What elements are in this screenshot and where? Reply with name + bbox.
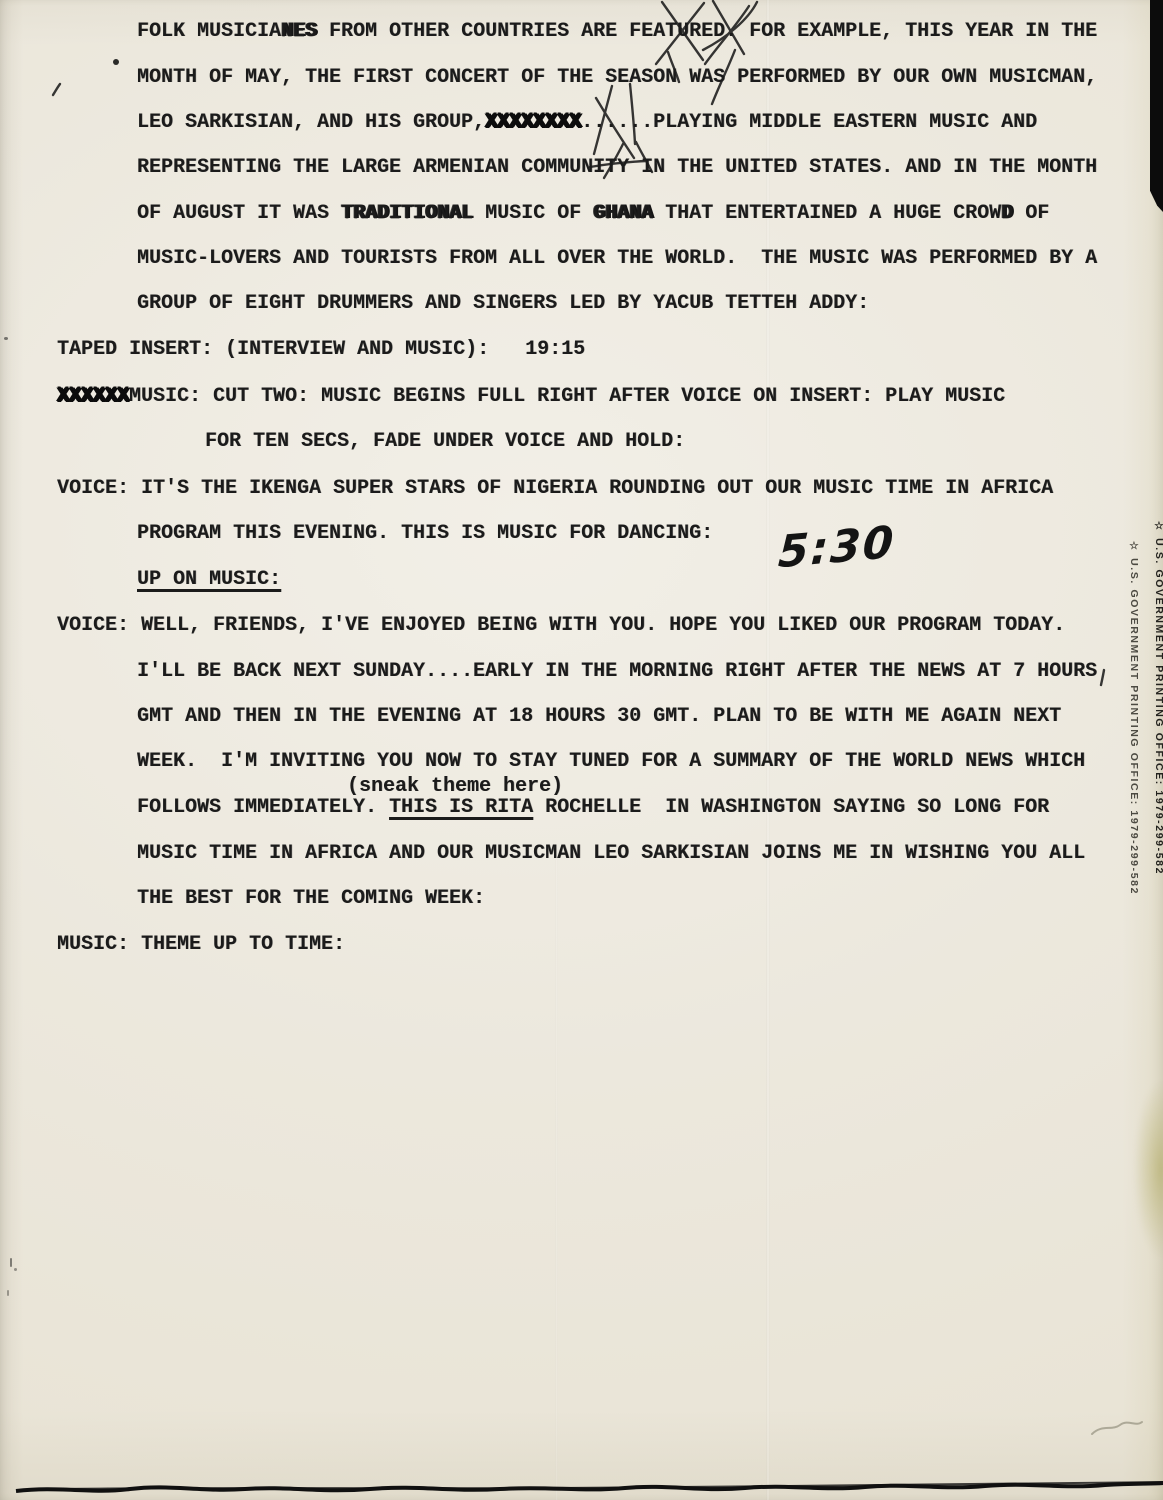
ink-speck <box>4 337 8 340</box>
ink-speck <box>10 1258 12 1267</box>
script-line: MONTH OF MAY, THE FIRST CONCERT OF THE S… <box>137 68 1097 88</box>
ink-speck <box>14 1268 17 1271</box>
script-line: XXXXXXMUSIC: CUT TWO: MUSIC BEGINS FULL … <box>57 387 1005 407</box>
script-line: LEO SARKISIAN, AND HIS GROUP,XXXXXXXX...… <box>137 113 1037 133</box>
pencil-squiggle <box>1092 1422 1142 1434</box>
script-line: FOLK MUSICIANES FROM OTHER COUNTRIES ARE… <box>137 22 1097 42</box>
script-line: MUSIC TIME IN AFRICA AND OUR MUSICMAN LE… <box>137 844 1085 864</box>
script-line: PROGRAM THIS EVENING. THIS IS MUSIC FOR … <box>137 524 713 544</box>
script-line: REPRESENTING THE LARGE ARMENIAN COMMUNIT… <box>137 158 1097 178</box>
script-line: FOR TEN SECS, FADE UNDER VOICE AND HOLD: <box>205 432 685 452</box>
ink-speck <box>113 59 119 65</box>
script-line: UP ON MUSIC: <box>137 570 281 590</box>
paper-stain <box>1134 1082 1163 1257</box>
scan-black-edge-strip <box>1150 0 1163 212</box>
script-line: GROUP OF EIGHT DRUMMERS AND SINGERS LED … <box>137 294 869 314</box>
script-line: (sneak theme here) <box>347 777 563 797</box>
script-line: THE BEST FOR THE COMING WEEK: <box>137 889 485 909</box>
printing-office-imprint-edge-copy: ☆ U.S. GOVERNMENT PRINTING OFFICE: 1979-… <box>1153 520 1163 875</box>
script-line: MUSIC: THEME UP TO TIME: <box>57 935 345 955</box>
script-line: GMT AND THEN IN THE EVENING AT 18 HOURS … <box>137 707 1061 727</box>
handwritten-time-annotation: 5:30 <box>777 517 897 579</box>
script-line: TAPED INSERT: (INTERVIEW AND MUSIC): 19:… <box>57 340 585 360</box>
vertical-fold-crease-lower <box>555 850 558 1500</box>
ink-speck <box>7 1290 9 1296</box>
printing-office-imprint: ☆ U.S. GOVERNMENT PRINTING OFFICE: 1979-… <box>1128 540 1140 895</box>
script-line: MUSIC-LOVERS AND TOURISTS FROM ALL OVER … <box>137 249 1097 269</box>
script-line: VOICE: IT'S THE IKENGA SUPER STARS OF NI… <box>57 479 1053 499</box>
script-line: VOICE: WELL, FRIENDS, I'VE ENJOYED BEING… <box>57 616 1065 636</box>
scanned-script-page: FOLK MUSICIANES FROM OTHER COUNTRIES ARE… <box>0 0 1163 1500</box>
script-line: I'LL BE BACK NEXT SUNDAY....EARLY IN THE… <box>137 662 1097 682</box>
script-line: OF AUGUST IT WAS TRADITIONAL MUSIC OF GH… <box>137 204 1049 224</box>
script-line: FOLLOWS IMMEDIATELY. THIS IS RITA ROCHEL… <box>137 798 1049 818</box>
script-line: WEEK. I'M INVITING YOU NOW TO STAY TUNED… <box>137 752 1085 772</box>
